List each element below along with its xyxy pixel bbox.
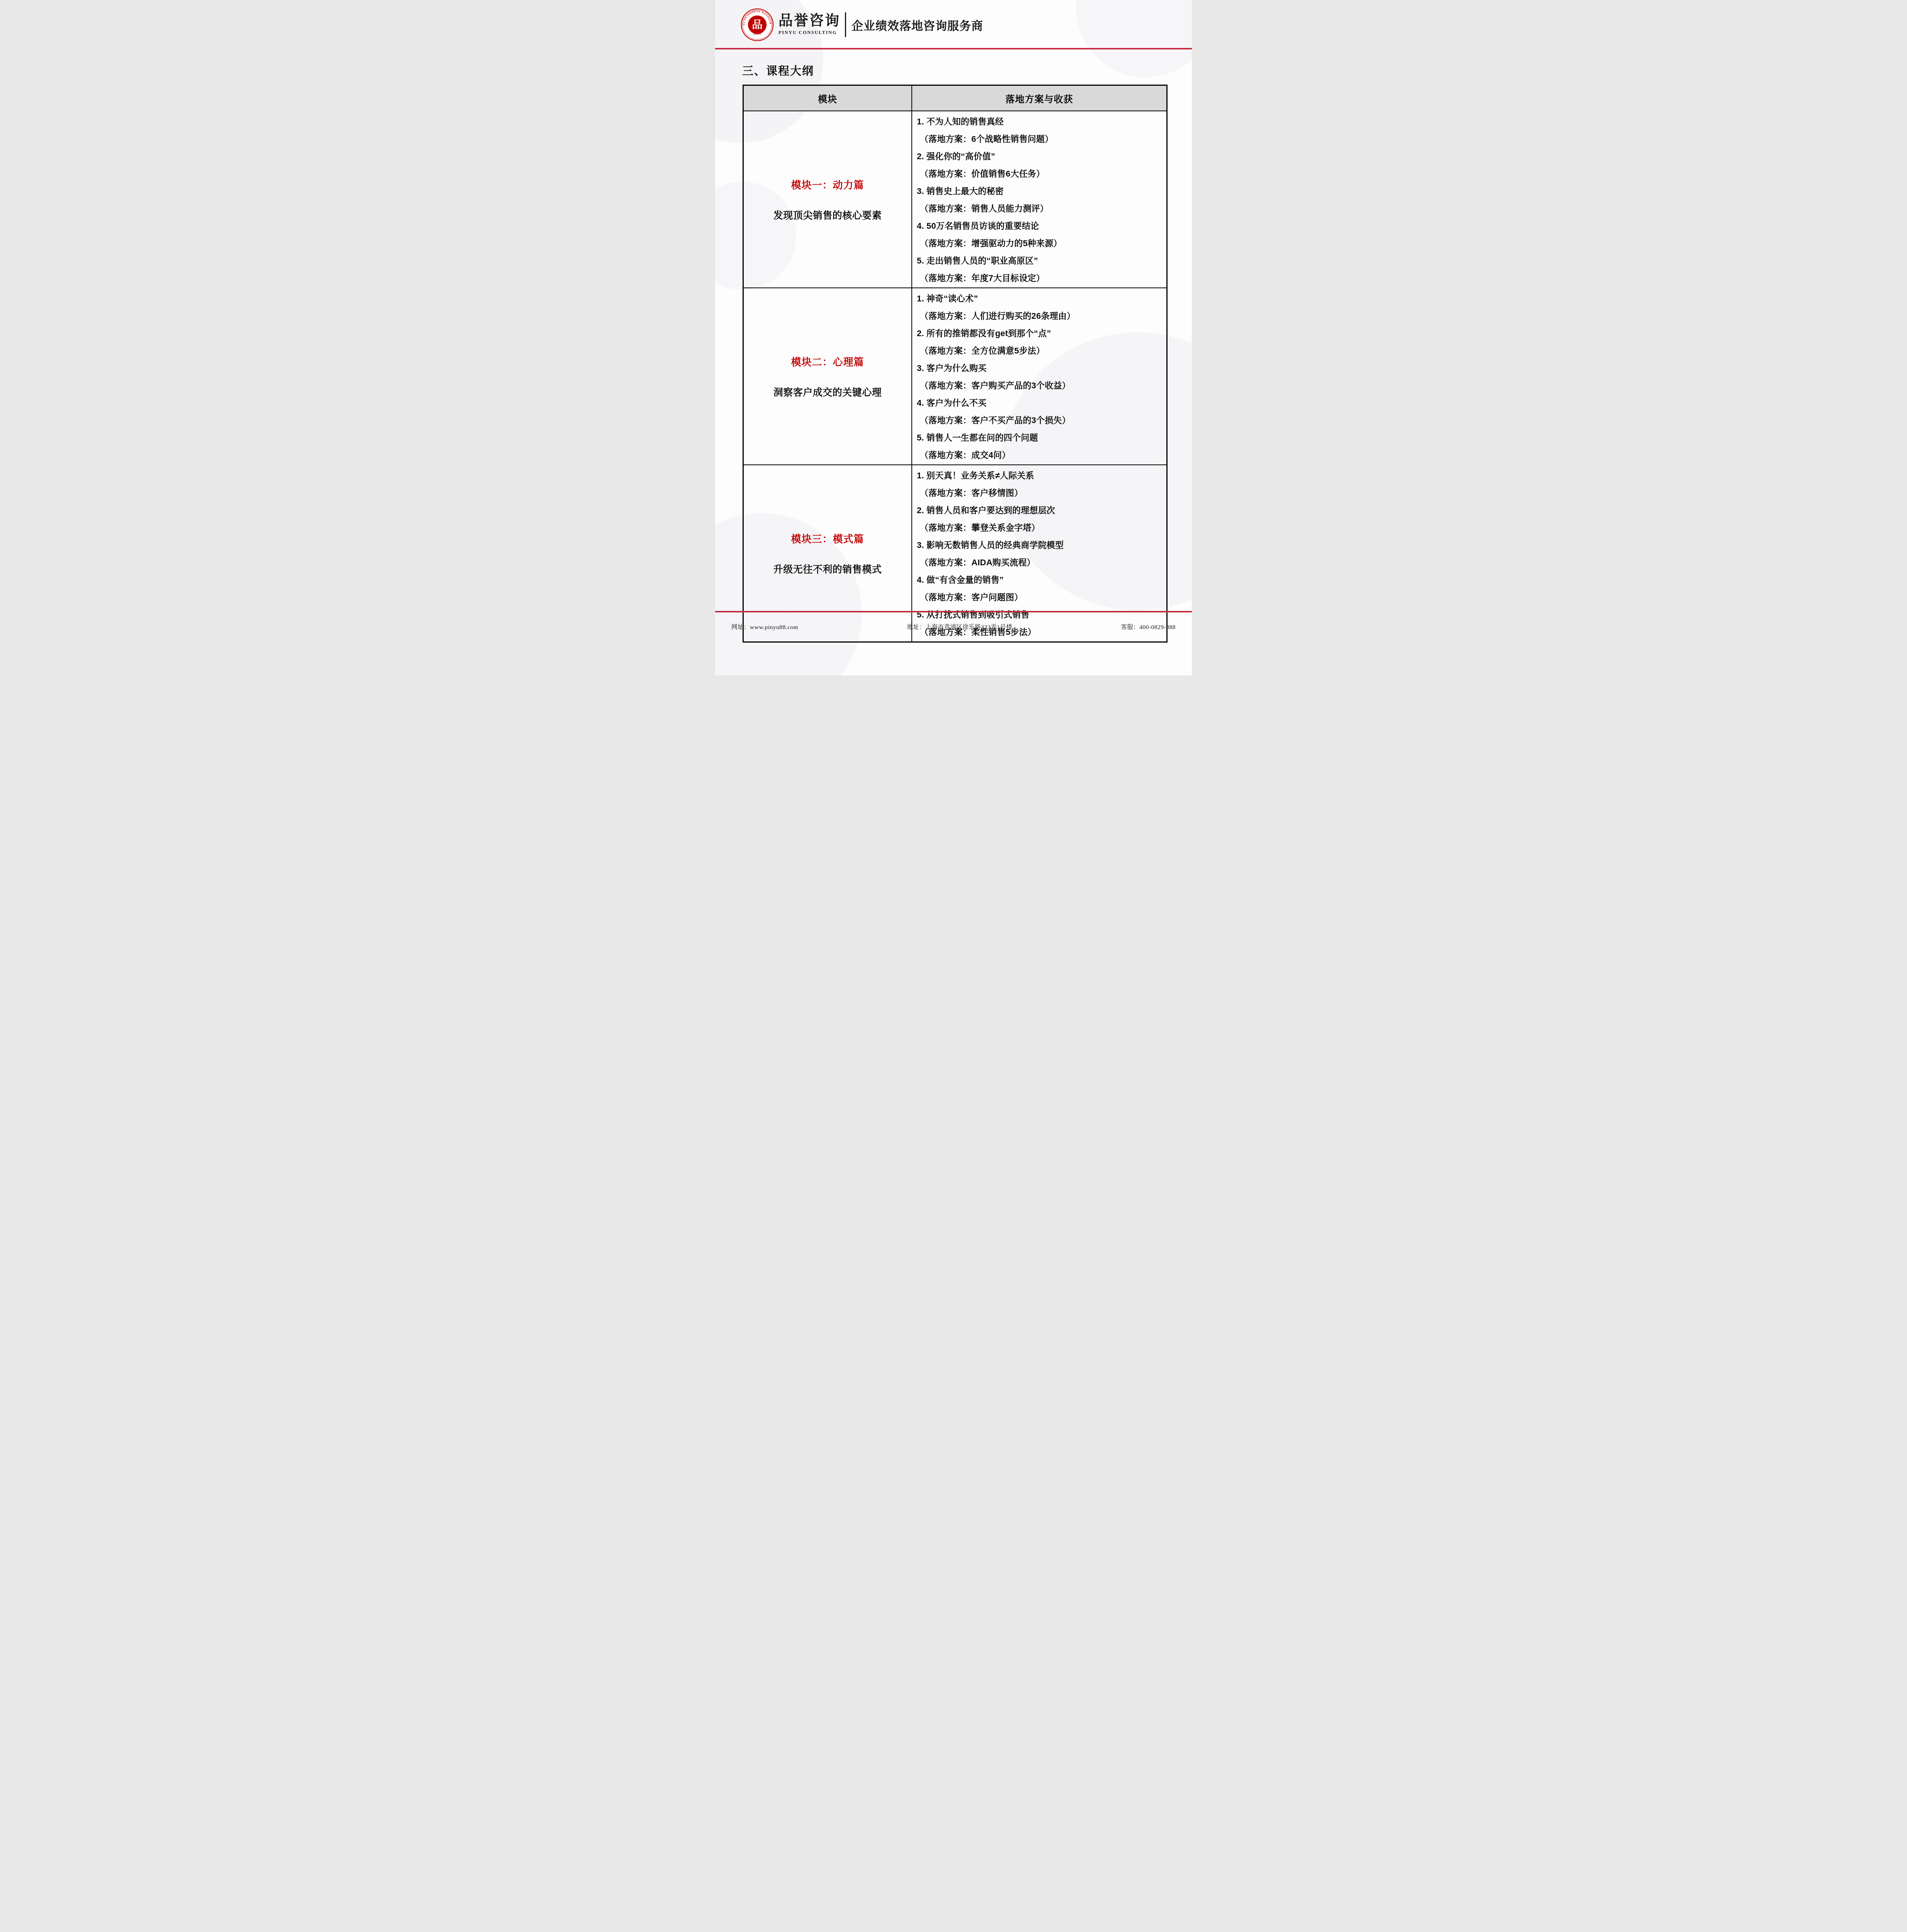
outline-item: 3. 影响无数销售人员的经典商学院模型 [917, 536, 1163, 553]
outline-item: 5. 从打扰式销售到吸引式销售 [917, 605, 1163, 623]
footer: 网址：www.pinyu88.com 地址：上海市青浦区徐乐路333弄1号楼 客… [715, 622, 1192, 631]
module-cell: 模块二：心理篇 洞察客户成交的关键心理 [744, 288, 912, 464]
brand-tagline: 企业绩效落地咨询服务商 [852, 16, 983, 33]
outline-item-plan: （落地方案：增强驱动力的5种来源） [917, 234, 1163, 252]
footer-phone: 客服：400-0829-888 [1121, 622, 1176, 631]
brand-divider [845, 12, 846, 37]
outline-item-plan: （落地方案：价值销售6大任务） [917, 165, 1163, 182]
outline-item: 3. 销售史上最大的秘密 [917, 182, 1163, 199]
table-row-module-1: 模块一：动力篇 发现顶尖销售的核心要素 1. 不为人知的销售真经 （落地方案：6… [744, 111, 1166, 287]
document-page: PINYU ENTERPRISE MANAGEMENT 2014 品 品誉咨询 … [715, 0, 1192, 675]
module-cell: 模块一：动力篇 发现顶尖销售的核心要素 [744, 111, 912, 287]
outline-item-plan: （落地方案：6个战略性销售问题） [917, 130, 1163, 147]
column-header-module: 模块 [744, 86, 912, 111]
outline-item: 2. 所有的推销都没有get到那个“点” [917, 324, 1163, 342]
page-title: 三、课程大纲 [742, 63, 1192, 78]
outline-item: 2. 强化你的“高价值” [917, 147, 1163, 165]
module-subtitle: 发现顶尖销售的核心要素 [773, 208, 882, 222]
brand-name-cn: 品誉咨询 [778, 14, 840, 29]
outline-item-plan: （落地方案：全方位满意5步法） [917, 342, 1163, 359]
outline-item-plan: （落地方案：客户问题图） [917, 588, 1163, 605]
course-outline-table: 模块 落地方案与收获 模块一：动力篇 发现顶尖销售的核心要素 1. 不为人知的销… [743, 85, 1168, 643]
footer-rule [715, 611, 1192, 612]
outline-item: 4. 客户为什么不买 [917, 394, 1163, 411]
column-header-plan: 落地方案与收获 [912, 86, 1166, 111]
footer-address: 地址：上海市青浦区徐乐路333弄1号楼 [907, 622, 1012, 631]
module-cell: 模块三：模式篇 升级无往不利的销售模式 [744, 465, 912, 641]
table-row-module-3: 模块三：模式篇 升级无往不利的销售模式 1. 别天真！业务关系≠人际关系 （落地… [744, 464, 1166, 641]
module-items-cell: 1. 神奇“读心术” （落地方案：人们进行购买的26条理由） 2. 所有的推销都… [912, 288, 1166, 464]
outline-item-plan: （落地方案：攀登关系金字塔） [917, 519, 1163, 536]
outline-item: 4. 做“有含金量的销售” [917, 571, 1163, 588]
outline-item-plan: （落地方案：成交4问） [917, 446, 1163, 463]
outline-item: 1. 不为人知的销售真经 [917, 112, 1163, 130]
header-rule [715, 48, 1192, 49]
outline-item: 5. 走出销售人员的“职业高原区” [917, 252, 1163, 269]
outline-item-plan: （落地方案：客户购买产品的3个收益） [917, 376, 1163, 394]
outline-item: 4. 50万名销售员访谈的重要结论 [917, 217, 1163, 234]
table-row-module-2: 模块二：心理篇 洞察客户成交的关键心理 1. 神奇“读心术” （落地方案：人们进… [744, 287, 1166, 464]
outline-item: 5. 销售人一生都在问的四个问题 [917, 429, 1163, 446]
outline-item: 1. 别天真！业务关系≠人际关系 [917, 466, 1163, 484]
table-header-row: 模块 落地方案与收获 [744, 86, 1166, 111]
module-title: 模块二：心理篇 [791, 354, 864, 369]
footer-website: 网址：www.pinyu88.com [731, 622, 798, 631]
header: PINYU ENTERPRISE MANAGEMENT 2014 品 品誉咨询 … [715, 0, 1192, 47]
brand-text: 品誉咨询 PINYU CONSULTING [778, 14, 840, 36]
outline-item-plan: （落地方案：销售人员能力测评） [917, 199, 1163, 217]
outline-item-plan: （落地方案：客户不买产品的3个损失） [917, 411, 1163, 429]
module-items-cell: 1. 不为人知的销售真经 （落地方案：6个战略性销售问题） 2. 强化你的“高价… [912, 111, 1166, 287]
module-title: 模块一：动力篇 [791, 177, 864, 192]
pinyu-seal-icon: PINYU ENTERPRISE MANAGEMENT 2014 品 [741, 8, 774, 41]
module-subtitle: 洞察客户成交的关键心理 [773, 385, 882, 399]
outline-item-plan: （落地方案：客户移情图） [917, 484, 1163, 501]
brand-name-en: PINYU CONSULTING [778, 30, 840, 36]
module-items-cell: 1. 别天真！业务关系≠人际关系 （落地方案：客户移情图） 2. 销售人员和客户… [912, 465, 1166, 641]
outline-item: 1. 神奇“读心术” [917, 289, 1163, 307]
module-subtitle: 升级无往不利的销售模式 [773, 562, 882, 576]
module-title: 模块三：模式篇 [791, 531, 864, 546]
seal-pin-glyph: 品 [752, 19, 763, 31]
outline-item-plan: （落地方案：人们进行购买的26条理由） [917, 307, 1163, 324]
outline-item: 2. 销售人员和客户要达到的理想层次 [917, 501, 1163, 519]
outline-item: 3. 客户为什么购买 [917, 359, 1163, 376]
outline-item-plan: （落地方案：年度7大目标设定） [917, 269, 1163, 286]
outline-item-plan: （落地方案：AIDA购买流程） [917, 553, 1163, 571]
